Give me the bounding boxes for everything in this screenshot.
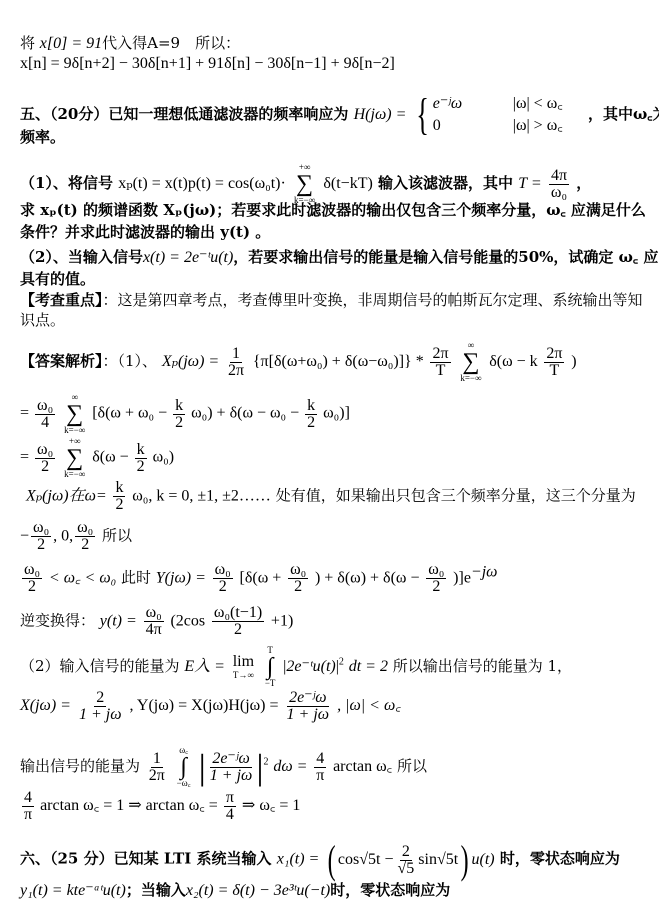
equation: , Y(jω) = X(jω)H(jω) = — [130, 697, 279, 714]
key-points: 【考查重点】：这是第四章考点，考查傅里叶变换，非周期信号的帕斯瓦尔定理、系统输出… — [20, 290, 643, 310]
q5-part1-line3: 条件？并求此时滤波器的输出 y(t) 。 — [20, 222, 270, 242]
minus: − — [20, 528, 29, 545]
fraction: 21 + jω — [77, 690, 124, 723]
q5-title-tail: ，其中ω꜀为截止 — [588, 105, 659, 123]
equation: ω₀, k = 0, ±1, ±2…… — [132, 488, 271, 505]
equation: ) — [571, 353, 576, 370]
fraction: k2 — [305, 398, 317, 431]
fraction: 12π — [147, 751, 167, 784]
equation: arctan ω꜀ = 1 ⇒ arctan ω꜀ = — [40, 797, 218, 814]
equation: ⇒ ω꜀ = 1 — [242, 797, 301, 814]
equation: Y(jω) = — [156, 570, 206, 587]
q6-title: 六、（25 分）已知某 LTI 系统当输入 x₁(t) = (cos√5t −2… — [20, 840, 620, 880]
fraction: 2πT — [544, 346, 564, 379]
equation: δ(ω − k — [489, 353, 537, 370]
solution-output-energy: 输出信号的能量为 12π ω꜀∫−ω꜀ |2e⁻ʲω1 + jω|2 dω = … — [20, 745, 427, 789]
fraction: ω₀2 — [31, 520, 51, 553]
q5-part2: （2）、当输入信号x(t) = 2e⁻ᵗu(t)，若要求输出信号的能量是输入信号… — [20, 247, 658, 268]
prev-answer-line-1: 将 x[0] = 91代入得A=9 所以： — [20, 33, 240, 54]
equation: {π[δ(ω+ω₀) + δ(ω−ω₀)]} * — [253, 353, 424, 370]
q5-part1-line2: 求 xₚ(t) 的频谱函数 Xₚ(jω)；若要求此时滤波器的输出仅包含三个频率分… — [20, 200, 646, 220]
solution-XY: X(jω) = 21 + jω , Y(jω) = X(jω)H(jω) = 2… — [20, 690, 401, 723]
solution-final: 4π arctan ω꜀ = 1 ⇒ arctan ω꜀ = π4 ⇒ ω꜀ =… — [20, 790, 300, 823]
solution-eq3: = ω₀2 +∞∑k=−∞ δ(ω − k2 ω₀) — [20, 436, 174, 480]
q5-part2-line2: 具有的值。 — [20, 269, 95, 289]
case1-value: e⁻ʲω — [433, 93, 513, 115]
solution-eq2: = ω₀4 ∞∑k=−∞ [δ(ω + ω₀ − k2 ω₀) + δ(ω − … — [20, 392, 350, 436]
equation: xₚ(t) = x(t)p(t) = cos(ω₀t)· — [118, 175, 286, 192]
equation: dt = 2 — [349, 658, 388, 675]
fraction: ω₀(t−1)2 — [212, 605, 264, 638]
integral-symbol: T∫−T — [265, 645, 276, 689]
text: ；当输入 — [126, 881, 186, 899]
q5-title-line2: 频率。 — [20, 127, 65, 147]
text: 处有值，如果输出只包含三个频率分量，这三个分量为 — [276, 487, 636, 505]
x1-expression: (cos√5t −2√5sin√5t)u(t) — [325, 851, 495, 868]
text: 时，零状态响应为 — [500, 850, 620, 868]
fraction: π4 — [224, 790, 236, 823]
text: 输入该滤波器，其中 — [378, 174, 513, 192]
case1-cond: |ω| < ω꜀ — [513, 93, 583, 115]
fraction: k2 — [135, 442, 147, 475]
text: 输出信号的能量为 — [20, 757, 140, 775]
text: ，若要求输出信号的能量是输入信号能量的50%，试确定 ω꜀ 应 — [233, 248, 658, 266]
fraction: 2e⁻ʲω1 + jω — [285, 690, 332, 723]
fraction: 2πT — [430, 346, 450, 379]
solution-label: 【答案解析】 — [20, 352, 103, 370]
abs-expr: |2e⁻ʲω1 + jω|2 — [199, 758, 269, 775]
sum-symbol: ∞∑k=−∞ — [64, 392, 85, 436]
integral-symbol: ω꜀∫−ω꜀ — [177, 745, 191, 789]
equation: Xₚ(jω)在ω= — [26, 488, 107, 505]
equation: )]e — [453, 570, 471, 587]
equation: ω₀)] — [323, 405, 350, 422]
equation: ω₀) — [153, 449, 174, 466]
solution-part2-energy: （2）输入信号的能量为 E入 = limT→∞ T∫−T |2e⁻ᵗu(t)|2… — [20, 645, 572, 689]
equation: < ω꜀ < ω₀ — [49, 570, 116, 587]
limit: limT→∞ — [233, 654, 254, 681]
key-points-label: 【考查重点】 — [20, 291, 103, 309]
solution-values: Xₚ(jω)在ω= k2 ω₀, k = 0, ±1, ±2…… 处有值，如果输… — [26, 480, 636, 513]
fraction: ω₀4π — [144, 605, 164, 638]
equation: T = — [518, 175, 541, 192]
fraction: k2 — [173, 398, 185, 431]
fraction: ω₀2 — [75, 520, 95, 553]
equation: x₂(t) = δ(t) − 3e³ᵗu(−t) — [186, 882, 330, 899]
equation: δ(ω − — [92, 449, 128, 466]
equation: arctan ω꜀ — [333, 758, 392, 775]
fraction: ω₀2 — [35, 442, 55, 475]
q6-title-text: 六、（25 分）已知某 LTI 系统当输入 — [20, 850, 272, 868]
q6-line2: y₁(t) = kte⁻ᵃᵗu(t)；当输入x₂(t) = δ(t) − 3e³… — [20, 880, 450, 901]
text: 所以输出信号的能量为 1， — [393, 657, 572, 675]
fraction: ω₀2 — [426, 562, 446, 595]
text: ：（1）、 — [103, 352, 158, 370]
text: 时，零状态响应为 — [330, 881, 450, 899]
equation: Xₚ(jω) = — [162, 353, 219, 370]
equation: δ(t−kT) — [323, 175, 372, 192]
equation: ) + δ(ω) + δ(ω − — [315, 570, 420, 587]
equals: = — [20, 405, 29, 422]
text: 此时 — [121, 569, 151, 587]
solution-condition: ω₀2 < ω꜀ < ω₀ 此时 Y(jω) = ω₀2 [δ(ω + ω₀2 … — [20, 562, 497, 595]
equation: ω₀) + δ(ω − ω₀ − — [191, 405, 299, 422]
equation: X(jω) = — [20, 697, 71, 714]
equation: x[0] = 91 — [40, 35, 102, 52]
text: 逆变换得： — [20, 612, 95, 630]
text: 代入得A=9 所以： — [102, 34, 240, 52]
case2-value: 0 — [433, 115, 513, 137]
case2-cond: |ω| > ω꜀ — [513, 115, 583, 137]
text: （2）、当输入信号 — [20, 248, 143, 266]
text: 所以 — [102, 527, 132, 545]
h-lhs: H(jω) = — [354, 106, 407, 123]
text: （2）输入信号的能量为 — [20, 657, 180, 675]
fraction: ω₀2 — [213, 562, 233, 595]
equation: dω = — [273, 758, 307, 775]
text: （1）、将信号 — [20, 174, 113, 192]
key-points-line2: 识点。 — [20, 310, 65, 330]
equation: y₁(t) = kte⁻ᵃᵗu(t) — [20, 882, 126, 899]
equation: (2cos — [170, 613, 205, 630]
fraction: k2 — [113, 480, 125, 513]
abs-expr: |2e⁻ᵗu(t)|2 — [283, 658, 344, 675]
sum-symbol: +∞∑k=−∞ — [64, 436, 85, 480]
equation: y(t) = — [100, 613, 137, 630]
fraction: 12π — [226, 346, 246, 379]
equation: E入 = — [184, 658, 225, 675]
fraction: 4π — [22, 790, 34, 823]
fraction: ω₀2 — [288, 562, 308, 595]
text: 将 — [20, 34, 40, 52]
solution-inverse: 逆变换得： y(t) = ω₀4π (2cos ω₀(t−1)2 +1) — [20, 605, 293, 638]
key-points-text: ：这是第四章考点，考查傅里叶变换，非周期信号的帕斯瓦尔定理、系统输出等知 — [103, 291, 643, 309]
text: ， — [576, 174, 591, 192]
brace: { — [416, 93, 429, 137]
prev-answer-equation: x[n] = 9δ[n+2] − 30δ[n+1] + 91δ[n] − 30δ… — [20, 54, 395, 74]
sum-symbol: ∞∑k=−∞ — [460, 340, 481, 384]
equation: x(t) = 2e⁻ᵗu(t) — [143, 249, 233, 266]
q5-title-text: 五、（20分）已知一理想低通滤波器的频率响应为 — [20, 105, 348, 123]
equation: [δ(ω + ω₀ − — [92, 405, 167, 422]
h-cases: { e⁻ʲω |ω| < ω꜀ 0 |ω| > ω꜀ — [412, 93, 583, 137]
fraction: ω₀4 — [35, 398, 55, 431]
equation: , |ω| < ω꜀ — [337, 697, 401, 714]
solution-eq1: 【答案解析】：（1）、 Xₚ(jω) = 12π {π[δ(ω+ω₀) + δ(… — [20, 340, 577, 384]
equation: x₁(t) = — [277, 851, 320, 868]
solution-components: −ω₀2, 0,ω₀2 所以 — [20, 520, 132, 553]
q5-title: 五、（20分）已知一理想低通滤波器的频率响应为 H(jω) = { e⁻ʲω |… — [20, 93, 659, 137]
equation: +1) — [271, 613, 293, 630]
fraction: ω₀2 — [22, 562, 42, 595]
equation: [δ(ω + — [240, 570, 282, 587]
fraction: 4πω₀ — [549, 168, 569, 201]
fraction: 4π — [314, 751, 326, 784]
text: 所以 — [397, 757, 427, 775]
equals: = — [20, 449, 29, 466]
equation: , 0, — [53, 528, 73, 545]
exponent: −jω — [471, 564, 498, 581]
